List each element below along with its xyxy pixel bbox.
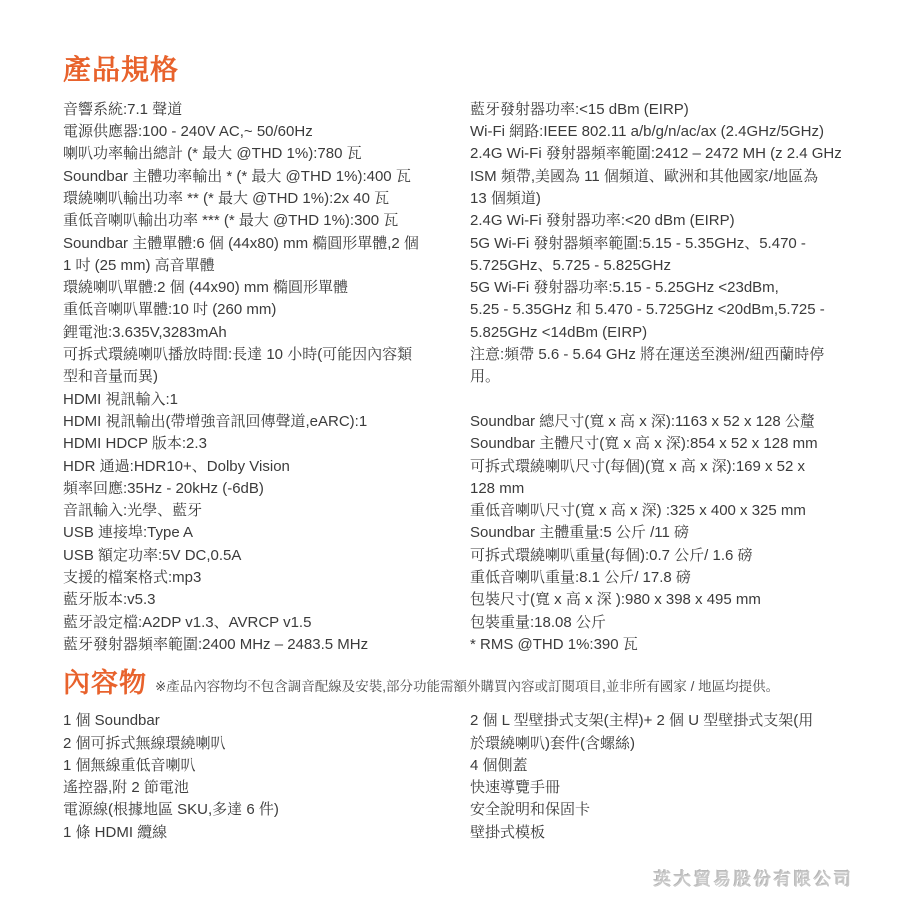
specs-section: 音響系統:7.1 聲道電源供應器:100 - 240V AC,~ 50/60Hz… [63, 99, 855, 656]
spec-line: 可拆式環繞喇叭尺寸(每個)(寬 x 高 x 深):169 x 52 x [470, 456, 855, 478]
spec-line: USB 連接埠:Type A [63, 522, 470, 544]
contents-header: 內容物 ※產品內容物均不包含調音配線及安裝,部分功能需額外購買內容或訂閱項目,並… [63, 670, 855, 697]
content-item-line: 1 條 HDMI 纜線 [63, 822, 470, 844]
spec-line: 型和音量而異) [63, 366, 470, 388]
content-item-line: 2 個 L 型壁掛式支架(主桿)+ 2 個 U 型壁掛式支架(用 [470, 710, 855, 732]
spec-line: 重低音喇叭單體:10 吋 (260 mm) [63, 299, 470, 321]
spec-line: 環繞喇叭輸出功率 ** (* 最大 @THD 1%):2x 40 瓦 [63, 188, 470, 210]
spec-line: USB 額定功率:5V DC,0.5A [63, 545, 470, 567]
content-item-line: 4 個側蓋 [470, 755, 855, 777]
spec-line: 包裝重量:18.08 公斤 [470, 612, 855, 634]
contents-section: 1 個 Soundbar2 個可拆式無線環繞喇叭1 個無線重低音喇叭遙控器,附 … [63, 710, 855, 844]
specs-column-left: 音響系統:7.1 聲道電源供應器:100 - 240V AC,~ 50/60Hz… [63, 99, 470, 656]
spec-line: 環繞喇叭單體:2 個 (44x90) mm 橢圓形單體 [63, 277, 470, 299]
spec-line: Soundbar 總尺寸(寬 x 高 x 深):1163 x 52 x 128 … [470, 411, 855, 433]
spec-sheet-page: 產品規格 音響系統:7.1 聲道電源供應器:100 - 240V AC,~ 50… [0, 0, 900, 900]
spec-line: ISM 頻帶,美國為 11 個頻道、歐洲和其他國家/地區為 [470, 166, 855, 188]
spec-line: HDMI HDCP 版本:2.3 [63, 433, 470, 455]
spec-line: 支援的檔案格式:mp3 [63, 567, 470, 589]
content-item-line: 壁掛式模板 [470, 822, 855, 844]
spec-line: 可拆式環繞喇叭重量(每個):0.7 公斤/ 1.6 磅 [470, 545, 855, 567]
spec-line: Soundbar 主體單體:6 個 (44x80) mm 橢圓形單體,2 個 [63, 233, 470, 255]
content-item-line: 安全說明和保固卡 [470, 799, 855, 821]
spec-line: Wi-Fi 網路:IEEE 802.11 a/b/g/n/ac/ax (2.4G… [470, 121, 855, 143]
contents-heading: 內容物 [63, 670, 147, 697]
company-watermark: 英大貿易股份有限公司 [654, 865, 854, 890]
contents-column-right: 2 個 L 型壁掛式支架(主桿)+ 2 個 U 型壁掛式支架(用於環繞喇叭)套件… [470, 710, 855, 844]
specs-column-right: 藍牙發射器功率:<15 dBm (EIRP)Wi-Fi 網路:IEEE 802.… [470, 99, 855, 656]
spec-line: 音訊輸入:光學、藍牙 [63, 500, 470, 522]
spec-line [470, 389, 855, 411]
spec-line: 電源供應器:100 - 240V AC,~ 50/60Hz [63, 121, 470, 143]
content-item-line: 1 個無線重低音喇叭 [63, 755, 470, 777]
content-item-line: 電源線(根據地區 SKU,多達 6 件) [63, 799, 470, 821]
spec-line: 藍牙發射器頻率範圍:2400 MHz – 2483.5 MHz [63, 634, 470, 656]
spec-line: 重低音喇叭重量:8.1 公斤/ 17.8 磅 [470, 567, 855, 589]
spec-line: 藍牙設定檔:A2DP v1.3、AVRCP v1.5 [63, 612, 470, 634]
spec-line: 鋰電池:3.635V,3283mAh [63, 322, 470, 344]
spec-line: 注意:頻帶 5.6 - 5.64 GHz 將在運送至澳洲/紐西蘭時停 [470, 344, 855, 366]
spec-line: 2.4G Wi-Fi 發射器功率:<20 dBm (EIRP) [470, 210, 855, 232]
spec-line: 1 吋 (25 mm) 高音單體 [63, 255, 470, 277]
spec-line: Soundbar 主體尺寸(寬 x 高 x 深):854 x 52 x 128 … [470, 433, 855, 455]
spec-line: 128 mm [470, 478, 855, 500]
spec-line: 用。 [470, 366, 855, 388]
spec-line: 包裝尺寸(寬 x 高 x 深 ):980 x 398 x 495 mm [470, 589, 855, 611]
spec-line: 5.725GHz、5.725 - 5.825GHz [470, 255, 855, 277]
content-item-line: 1 個 Soundbar [63, 710, 470, 732]
content-item-line: 遙控器,附 2 節電池 [63, 777, 470, 799]
spec-line: 2.4G Wi-Fi 發射器頻率範圍:2412 – 2472 MH (z 2.4… [470, 143, 855, 165]
spec-line: 藍牙發射器功率:<15 dBm (EIRP) [470, 99, 855, 121]
spec-line: 可拆式環繞喇叭播放時間:長達 10 小時(可能因內容類 [63, 344, 470, 366]
spec-line: * RMS @THD 1%:390 瓦 [470, 634, 855, 656]
content-item-line: 2 個可拆式無線環繞喇叭 [63, 733, 470, 755]
spec-line: Soundbar 主體功率輸出 * (* 最大 @THD 1%):400 瓦 [63, 166, 470, 188]
spec-line: 音響系統:7.1 聲道 [63, 99, 470, 121]
spec-line: 13 個頻道) [470, 188, 855, 210]
spec-line: 喇叭功率輸出總計 (* 最大 @THD 1%):780 瓦 [63, 143, 470, 165]
contents-column-left: 1 個 Soundbar2 個可拆式無線環繞喇叭1 個無線重低音喇叭遙控器,附 … [63, 710, 470, 844]
spec-line: 藍牙版本:v5.3 [63, 589, 470, 611]
spec-line: Soundbar 主體重量:5 公斤 /11 磅 [470, 522, 855, 544]
contents-disclaimer-note: ※產品內容物均不包含調音配線及安裝,部分功能需額外購買內容或訂閱項目,並非所有國… [155, 675, 779, 697]
spec-line: 5G Wi-Fi 發射器功率:5.15 - 5.25GHz <23dBm, [470, 277, 855, 299]
spec-line: 重低音喇叭輸出功率 *** (* 最大 @THD 1%):300 瓦 [63, 210, 470, 232]
spec-line: HDR 通過:HDR10+、Dolby Vision [63, 456, 470, 478]
spec-line: 5.25 - 5.35GHz 和 5.470 - 5.725GHz <20dBm… [470, 299, 855, 321]
spec-line: 頻率回應:35Hz - 20kHz (-6dB) [63, 478, 470, 500]
spec-line: HDMI 視訊輸出(帶增強音訊回傳聲道,eARC):1 [63, 411, 470, 433]
spec-line: HDMI 視訊輸入:1 [63, 389, 470, 411]
product-specs-heading: 產品規格 [63, 55, 855, 86]
spec-line: 5.825GHz <14dBm (EIRP) [470, 322, 855, 344]
spec-line: 5G Wi-Fi 發射器頻率範圍:5.15 - 5.35GHz、5.470 - [470, 233, 855, 255]
content-item-line: 於環繞喇叭)套件(含螺絲) [470, 733, 855, 755]
content-item-line: 快速導覽手冊 [470, 777, 855, 799]
spec-line: 重低音喇叭尺寸(寬 x 高 x 深) :325 x 400 x 325 mm [470, 500, 855, 522]
